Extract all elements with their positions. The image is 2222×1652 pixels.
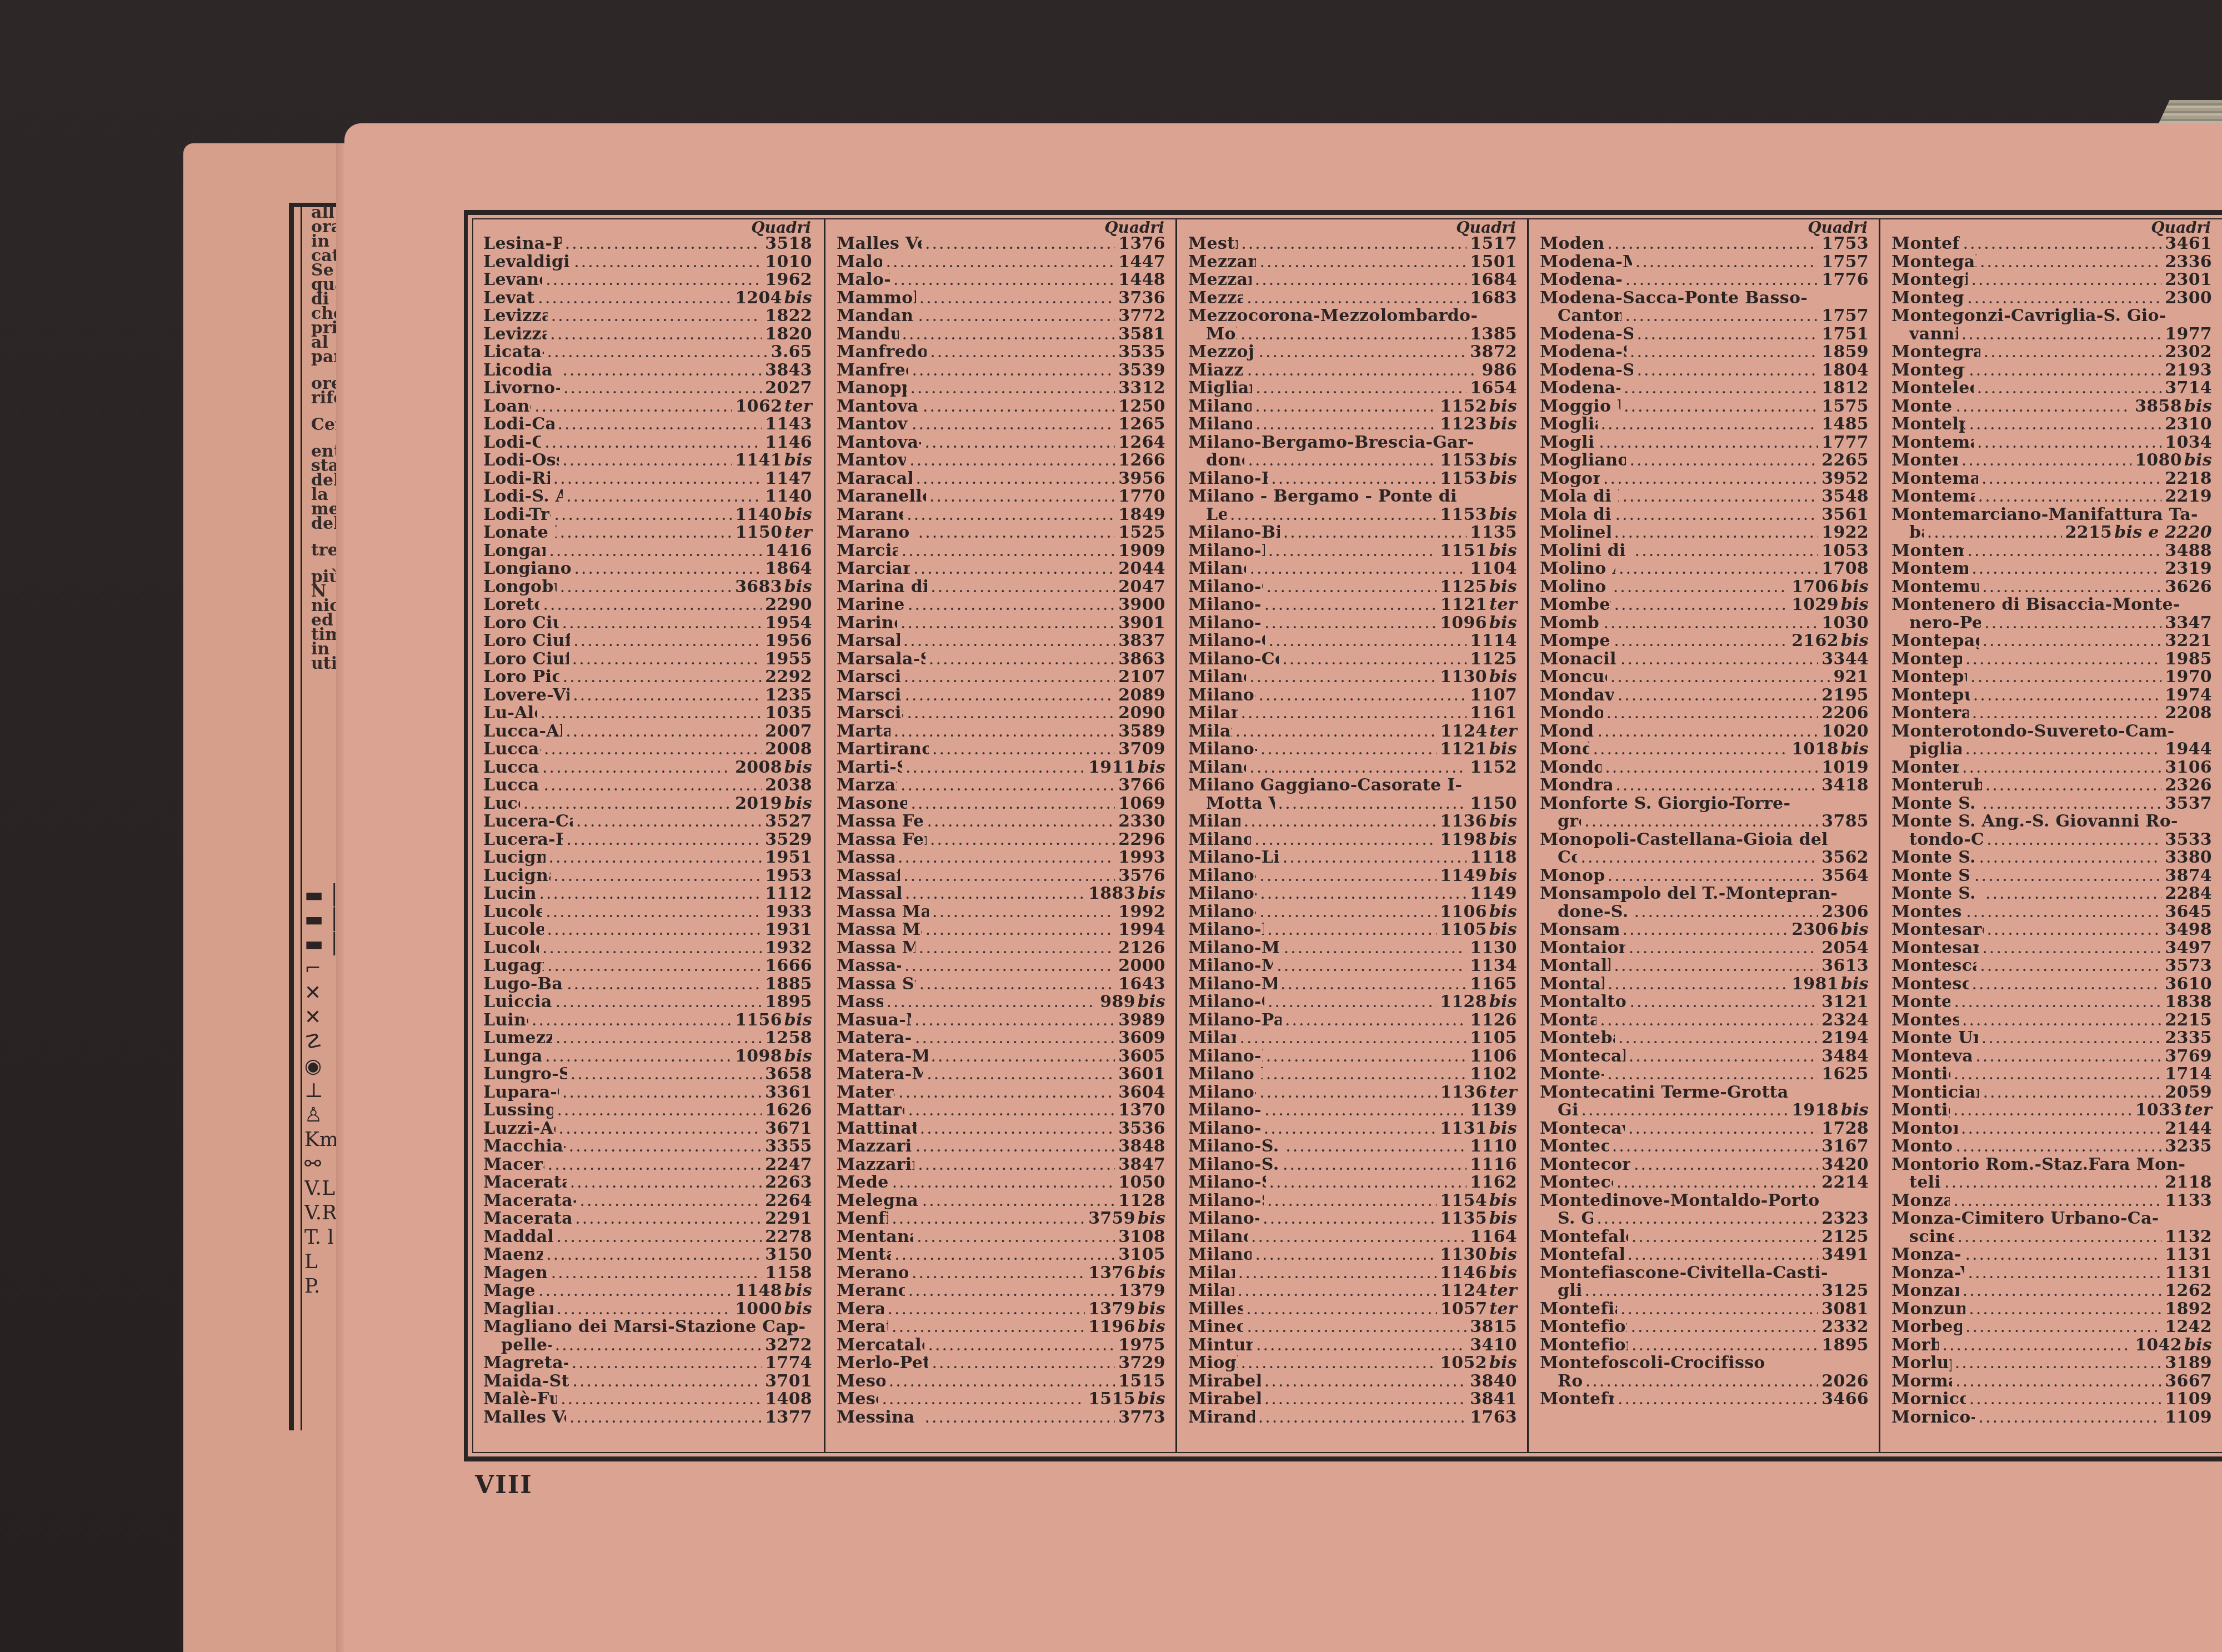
leader-dots [893, 271, 1115, 289]
index-column-4: Quadri Modena-Correggio1753Modena-Molini… [1527, 219, 1879, 1452]
station-route-name: Matera-Tricarico [837, 1084, 895, 1102]
quadro-number: 1106bis [1440, 903, 1517, 922]
quadro-number: 1035 [765, 704, 812, 723]
quadro-number: 1136ter [1440, 1084, 1517, 1102]
station-route-name: grotta [1558, 813, 1581, 831]
station-route-name: Monforte S. Giorgio-Torre- [1540, 795, 1790, 813]
leader-dots [904, 957, 1115, 975]
station-route-name: Modena-S. Cesario-Spilamberto [1540, 326, 1633, 344]
leader-dots [1632, 1336, 1818, 1355]
index-entry: Moncucco-Gassino921 [1529, 668, 1879, 687]
leader-dots [553, 470, 762, 488]
quadro-number: 3355 [765, 1138, 812, 1156]
station-route-name: Montesarchio-S. Martino V. C. [1891, 939, 1979, 958]
quadro-number: 3736 [1118, 289, 1165, 308]
quadro-number: 3901 [1118, 614, 1165, 633]
leader-dots [1965, 650, 2161, 669]
leader-dots [1982, 939, 2161, 958]
station-route-name: Marano Lagunare-Udine [837, 524, 915, 542]
quadro-number: 1096bis [1440, 614, 1517, 633]
station-route-name: Magliano Alfieri-Priocca [483, 1300, 553, 1319]
index-entry: Montesicuro-Ancona2215 [1880, 1012, 2222, 1030]
quadro-number: 1146 [765, 434, 812, 452]
index-entry: Monzambano-Verona1262 [1880, 1282, 2222, 1300]
leader-dots [560, 524, 732, 542]
quadro-number: 3956 [1118, 470, 1165, 488]
quadro-number: 2290 [765, 596, 812, 614]
index-entry: Montemagno-Castell'Alfero1034 [1880, 434, 2222, 452]
station-route-name: Lodi-S. Angelo Lodigiano [483, 488, 563, 506]
quadro-suffix: bis [784, 758, 812, 777]
station-route-name: Monterotondo-Roma [1891, 759, 1959, 777]
station-route-name: Lucca-Pisa [483, 795, 520, 813]
leader-dots [1983, 1084, 2161, 1102]
index-entry: Maida-Staz. Maida S. Pietro3701 [472, 1373, 822, 1391]
index-entry: Lucolena-Figline1933 [472, 903, 822, 922]
leader-dots [1958, 1228, 2162, 1246]
index-entry: Lodi-S. Angelo Lodigiano1140 [472, 488, 822, 506]
leader-dots [918, 524, 1115, 542]
index-entry: Loro Ciuff.-S.Giovanni Vald.1955 [472, 650, 822, 669]
index-entry: Manduria-Taranto3581 [825, 326, 1175, 344]
leader-dots [892, 1174, 1115, 1192]
index-entry: Mola di Bari-Stazione3561 [1529, 506, 1879, 524]
leader-dots [1984, 343, 2162, 362]
index-entry: Milano-Clivio1161 [1177, 704, 1527, 723]
leader-dots [930, 343, 1115, 362]
index-entry: Menfi-Agrigento3759bis [825, 1210, 1175, 1228]
index-entry: Massafra-Stazione3576 [825, 867, 1175, 885]
quadro-suffix: bis [784, 1010, 812, 1030]
quadro-number: 1131bis [1440, 1120, 1517, 1138]
index-entry: Lucignano-Arezzo1951 [472, 849, 822, 867]
quadro-number: 3150 [765, 1246, 812, 1264]
leader-dots [1635, 542, 1819, 560]
quadro-number: 1918bis [1791, 1102, 1869, 1120]
index-entry: Monte Urano-Porto S. Elpidio2335 [1880, 1029, 2222, 1048]
index-entry: Moglia-Modena1777 [1529, 434, 1879, 452]
station-route-name: Manfredonia-Monte S. Angelo [837, 343, 927, 362]
leader-dots [555, 1336, 762, 1355]
leader-dots [1246, 1300, 1437, 1319]
index-entry: Montone-Umbertide2144 [1880, 1120, 2222, 1138]
index-entry: Cantone di Bastiglia1757 [1529, 307, 1879, 326]
station-route-name: Milano-Binasco-Motta V.-Pavia [1188, 524, 1280, 542]
leader-dots [908, 596, 1115, 614]
quadro-number: 1379bis [1088, 1300, 1165, 1319]
quadro-number: 3837 [1118, 632, 1165, 650]
quadro-number: 2218 [2165, 470, 2212, 488]
station-route-name: Levata-Cremona [483, 289, 534, 308]
leader-dots [532, 1012, 732, 1030]
station-route-name: Montegallo-Isola Gran Sasso [1891, 253, 1976, 272]
quadro-number: 1104 [1470, 560, 1517, 578]
leader-dots [1980, 957, 2161, 975]
leader-dots [569, 1409, 762, 1427]
quadro-number: 1102 [1470, 1065, 1517, 1084]
station-route-name: Lucera-Roseto Valfortore [483, 831, 563, 849]
index-entry: Milano-Como1124ter [1177, 723, 1527, 741]
station-route-name: Lovere-Vilminore-Schilpario [483, 687, 569, 705]
quadro-number: 1974 [2165, 687, 2212, 705]
quadro-number: 3081 [1821, 1300, 1869, 1319]
leader-dots [1597, 1210, 1818, 1228]
station-route-name: Luino-Graglio [483, 1012, 528, 1030]
leader-dots [1969, 1390, 2162, 1409]
index-entry: Monte S. Giuliano-Trapani3874 [1880, 867, 2222, 885]
quadro-number: 1010 [765, 253, 812, 272]
station-route-name: Morbello-Acqui [1891, 1336, 1939, 1355]
leader-dots [1927, 524, 2062, 542]
station-route-name: nero-Petacciato Stazione [1909, 614, 1981, 633]
leader-dots [1942, 1336, 2131, 1355]
underlying-page-border [289, 203, 302, 1430]
quadro-suffix: bis e 2220 [2114, 523, 2212, 542]
leader-dots [560, 578, 732, 597]
station-route-name: Milano-Galgiana [1188, 813, 1240, 831]
station-route-name: Merano-Sinigo [837, 1300, 884, 1319]
leader-dots [523, 795, 732, 813]
station-route-name: Mirabella-P. Armerina [1188, 1390, 1261, 1409]
station-route-name: Montemarciano-Casebruciate [1891, 470, 1978, 488]
station-route-name: Lugo-Bagnara-Case Volta [483, 975, 563, 994]
index-entry: Milano-Saronno-Tradate1162 [1177, 1174, 1527, 1192]
station-route-name: Montesarchio-Benevento 3495 e [1891, 921, 1984, 939]
index-entry: Marzamemi-Noto3766 [825, 777, 1175, 795]
station-route-name: Mentana-Roma [837, 1246, 891, 1264]
quadro-number: 3561 [1821, 506, 1869, 524]
station-route-name: Molino Anzola-Bedonia [1540, 560, 1615, 578]
station-route-name: Levizzano-Modena [483, 326, 547, 344]
quadro-suffix: ter [1489, 1083, 1517, 1102]
index-entry: Monte-Capodistria1625 [1529, 1065, 1879, 1084]
index-entry: Montecosaro-Stazione2214 [1529, 1174, 1879, 1192]
station-route-name: Milano-Pavia-Arena Po [1188, 1048, 1263, 1066]
quadro-number: 1148bis [735, 1282, 812, 1300]
leader-dots [1963, 1282, 2162, 1300]
index-entry: Messina (Servizi Urbani di)3773 [825, 1409, 1175, 1427]
station-route-name: Monterubbiano-Porto S.Giorgio [1891, 777, 1982, 795]
quadro-suffix: bis [1489, 397, 1517, 416]
leader-dots [898, 849, 1115, 867]
station-route-name: Montecosaro-Stazione [1540, 1174, 1613, 1192]
station-route-name: Massa-Massa Staz. [837, 957, 901, 975]
quadro-number: 3581 [1118, 326, 1165, 344]
station-route-name: Loreto-Stazione [483, 596, 539, 614]
station-route-name: Mompeo-Poggio Mirteto. [1540, 632, 1610, 650]
index-entry: Merano-Sinigo1379bis [825, 1300, 1175, 1319]
index-entry: Mantova-Viadana-Brescello1264 [825, 434, 1175, 452]
quadro-number: 1050 [1118, 1174, 1165, 1192]
quadro-number: 1053 [1821, 542, 1869, 560]
index-entry: bacchi2215bis e 2220 [1880, 524, 2222, 542]
station-route-name: Massa Superiore-Ferrara [837, 975, 916, 994]
leader-dots [1268, 993, 1437, 1012]
leader-dots [913, 560, 1115, 578]
leader-dots [1285, 1012, 1467, 1030]
station-index-table: Quadri Lesina-Poggio Imperiale3518Levald… [464, 210, 2222, 1461]
index-entry: Mantova-Ceresara-Brescia1250 [825, 398, 1175, 416]
leader-dots [1613, 578, 1788, 597]
quadro-number: 1985 [2165, 650, 2212, 669]
leader-dots [550, 326, 762, 344]
station-route-name: Lodi-Treviglio-Bergamo [483, 506, 551, 524]
quadro-number: 1820 [765, 326, 812, 344]
leader-dots [1599, 434, 1818, 452]
station-route-name: Moncucco-Gassino [1540, 668, 1607, 687]
quadro-number: 3347 [2165, 614, 2212, 633]
quadro-number: 1000bis [735, 1300, 812, 1319]
quadro-number: 1143 [765, 415, 812, 434]
station-route-name: Lungro-Spezzano Albanese [483, 1065, 567, 1084]
station-route-name: Levizzano-Bologna [483, 307, 548, 326]
leader-dots [1977, 379, 2162, 398]
station-route-name: Milano-Monza-Torre de' Busi. [1188, 975, 1277, 994]
quadro-suffix: bis [784, 1047, 812, 1066]
index-entry: Levizzano-Bologna1822 [472, 307, 822, 326]
station-route-name: Milano-Busto Gar.-Arconate [1188, 542, 1265, 560]
leader-dots [1615, 777, 1818, 795]
quadro-number: 1153bis [1440, 470, 1517, 488]
leader-dots [1634, 903, 1819, 922]
station-route-name: Montalto di Castro-Stazione [1540, 993, 1626, 1012]
index-entry: Milano-Corbetta1152 [1177, 759, 1527, 777]
station-route-name: Milano-Linate (Ponte Lambro) [1188, 849, 1279, 867]
index-entry: Montorio Rom.-Staz.Fara Mon- [1880, 1156, 2222, 1174]
quadro-number: 1728 [1821, 1120, 1869, 1138]
station-route-name: Montese-Bologna [1891, 993, 1950, 1012]
index-entry: Monopoli-Castellana-Gioia del [1529, 831, 1879, 849]
index-entry: Manfredonia-Monte S. Angelo3535 [825, 343, 1175, 362]
quadro-number: 1126 [1470, 1012, 1517, 1030]
quadro-number: 1124ter [1440, 723, 1517, 741]
leader-dots [1580, 849, 1818, 867]
index-entry: Montefiascone-Stazione3081 [1529, 1300, 1879, 1319]
leader-dots [575, 1210, 762, 1228]
station-route-name: piglia Marittima [1909, 740, 1961, 759]
index-entry: Marcialla-Firenze1909 [825, 542, 1175, 560]
leader-dots [1259, 903, 1437, 922]
leader-dots [1629, 452, 1818, 470]
quadro-number: 1753 [1821, 235, 1869, 253]
station-route-name: S. Giorgio [1558, 1210, 1593, 1228]
leader-dots [1241, 235, 1467, 253]
quadro-suffix: bis [1489, 414, 1517, 434]
station-route-name: Luzzi-Acri-Brisignano [483, 1120, 555, 1138]
leader-dots [1255, 1246, 1437, 1264]
station-route-name: Lucca-Camaiore [483, 740, 541, 759]
quadro-number: 1069 [1118, 795, 1165, 813]
index-entry: Macerata-Ancona2247 [472, 1156, 822, 1174]
index-entry: Levane-Rapolaro1962 [472, 271, 822, 289]
station-route-name: Malè-Fucine-Vermiglio [483, 1390, 557, 1409]
leader-dots [1584, 813, 1818, 831]
station-route-name: Modena-S. Giovanni in Pers. [1540, 343, 1627, 362]
station-route-name: Luicciana-Mercatale [483, 993, 552, 1012]
quadro-suffix: bis [1138, 1299, 1165, 1319]
station-route-name: Longobucco-Camigliatello [483, 578, 557, 597]
index-entry: Malles Venosta-Monastero1377 [472, 1409, 822, 1427]
leader-dots [924, 1409, 1115, 1427]
leader-dots [1607, 1065, 1818, 1084]
station-route-name: Mezzojuso-Stazione [1188, 343, 1255, 362]
quadro-number: 2326 [2165, 777, 2212, 795]
quadro-number: 2090 [1118, 704, 1165, 723]
quadro-number: 3562 [1821, 849, 1869, 867]
index-entry: Milano Gaggiano-Casorate I- [1177, 777, 1527, 795]
index-entry: Modena-S. Cesario-Spilamberto1751 [1529, 326, 1879, 344]
index-entry: Montegranaro-Portocivitanova2302 [1880, 343, 2222, 362]
station-route-name: Monza-Cimitero Urbano-Ca- [1891, 1210, 2159, 1228]
quadro-number: 1128 [1118, 1192, 1165, 1210]
index-entry: Monopoli-Stazione3564 [1529, 867, 1879, 885]
index-entry: Massa Marittima-Ghirlanda1994 [825, 921, 1175, 939]
station-route-name: Montegonzi-Cavriglia-S. Gio- [1891, 307, 2166, 326]
quadro-suffix: bis [1138, 1209, 1165, 1228]
station-route-name: Massa Martana-Stazione [837, 939, 915, 958]
index-entry: Maenza-Priverno3150 [472, 1246, 822, 1264]
quadro-number: 1955 [765, 650, 812, 669]
quadro-number: 1130 [1470, 939, 1517, 958]
quadro-number: 2291 [765, 1210, 812, 1228]
leader-dots [1256, 1336, 1467, 1355]
quadro-number: 1895 [1821, 1336, 1869, 1355]
station-route-name: Montorio Rom.-Staz.Fara Mon- [1891, 1156, 2185, 1174]
leader-dots [1623, 921, 1789, 939]
station-route-name: Milano-Caleppio [1188, 560, 1246, 578]
quadro-number: 2195 [1821, 687, 1869, 705]
index-entry: Milano-Monza-Barzanò-Bevera1130 [1177, 939, 1527, 958]
index-entry: Monza-Varedo-Saronno1131 [1880, 1264, 2222, 1283]
station-route-name: Marsciano-Perugia [837, 687, 902, 705]
station-route-name: Loro Ciuffenna-Montevarchi [483, 632, 570, 650]
index-entry: Montecavolo-Reggio Emilia1728 [1529, 1120, 1879, 1138]
quadro-number: 1951 [765, 849, 812, 867]
index-entry: Mornico-Losanna-Broni1109 [1880, 1390, 2222, 1409]
station-route-name: Loro Ciuffenna-Firenze [483, 614, 559, 633]
quadro-number: 3874 [2165, 867, 2212, 885]
station-route-name: Milano-Lecco-Barzio. [1188, 831, 1251, 849]
index-entry: Lucca-Altopascio-Empoli2007 [472, 723, 822, 741]
station-route-name: Masone-Campoligure [837, 795, 907, 813]
leader-dots [1980, 253, 2161, 272]
index-entry: Montedinove-Montaldo-Porto [1529, 1192, 1879, 1210]
quadro-suffix: bis [1489, 667, 1517, 687]
index-entry: Monterado-Passo di Ripe2208 [1880, 704, 2222, 723]
index-entry: Milano-Linate (Ponte Lambro)1118 [1177, 849, 1527, 867]
leader-dots [1630, 343, 1818, 362]
index-entry: Milano-Arona-Baveno1123bis [1177, 415, 1527, 434]
index-entry: Mantova-Quingentole1265 [825, 415, 1175, 434]
leader-dots [915, 1029, 1115, 1048]
quadro-number: 3843 [765, 362, 812, 380]
quadro-number: 1057ter [1440, 1300, 1517, 1319]
leader-dots [572, 1373, 762, 1391]
index-entry: Monsampolo del Tronto-Staz.2306bis [1529, 921, 1879, 939]
leader-dots [1615, 506, 1818, 524]
station-route-name: Modena-Vignola-Montese [1540, 379, 1620, 398]
quadro-number: 1112 [765, 885, 812, 903]
quadro-number: 1020 [1821, 723, 1869, 741]
index-entry: Giusti1918bis [1529, 1102, 1879, 1120]
station-route-name: Martano-Lecce [837, 723, 890, 741]
station-route-name: Lucera-Casalnuovo Monterot. [483, 813, 573, 831]
station-route-name: Milano-Como [1188, 723, 1232, 741]
station-route-name: Messina (Servizi Urbani di) [837, 1409, 921, 1427]
quadro-number: 2206 [1821, 704, 1869, 723]
quadro-number: 1654 [1470, 379, 1517, 398]
leader-dots [1278, 795, 1467, 813]
index-entry: Montefiascone-Civitella-Casti- [1529, 1264, 1879, 1283]
quadro-number: 1895 [765, 993, 812, 1012]
index-entry: Modena-Molini Nuovi-Albareto1757 [1529, 253, 1879, 272]
index-entry: Mesola-Adria1515 [825, 1373, 1175, 1391]
quadro-number: 2292 [765, 668, 812, 687]
index-entry: Matera-Tricarico3604 [825, 1084, 1175, 1102]
quadro-number: 2044 [1118, 560, 1165, 578]
station-route-name: Montegiorgio-La Macina [1891, 271, 1968, 289]
station-route-name: Milano-Montecalvo-Pometo [1188, 921, 1264, 939]
station-route-name: Lucca-Altopascio-Empoli [483, 723, 562, 741]
station-route-name: Monte-Capodistria [1540, 1065, 1604, 1084]
station-route-name: Matera-Miglionico-Stigliano [837, 1065, 923, 1084]
index-entry: Longiano-Savignano di Rom.1864 [472, 560, 822, 578]
index-entry: Morbegno Gerola Alta1242 [1880, 1318, 2222, 1336]
quadro-number: 1121bis [1440, 740, 1517, 759]
index-entry: Lucolena-Firenze1931 [472, 921, 822, 939]
leader-dots [1235, 723, 1437, 741]
quadro-suffix: bis [1489, 1119, 1517, 1138]
index-column-2: Quadri Malles Venosta-Resia Passo1376Mal… [824, 219, 1175, 1452]
station-route-name: Mondolfo-Marotta [1540, 704, 1603, 723]
leader-dots [1607, 235, 1818, 253]
station-route-name: Montebaroccio-Trebbio [1540, 1029, 1615, 1048]
station-route-name: Monte S. Martino-Passo S. Ang. [1891, 885, 1982, 903]
leader-dots [928, 1336, 1115, 1355]
quadro-number: 2215bis e 2220 [2065, 524, 2212, 542]
station-route-name: Montecorvino-Fuorni-Salerno. [1540, 1156, 1630, 1174]
quadro-suffix: bis [1489, 541, 1517, 560]
index-entry: Mantova-Villimpenta1266 [825, 452, 1175, 470]
station-route-name: Lucca-Pescaglia [483, 777, 540, 795]
leader-dots [1264, 1390, 1467, 1409]
quadro-number: 3766 [1118, 777, 1165, 795]
quadro-number: 2162bis [1791, 632, 1869, 650]
station-route-name: Mondovì-Cuneo [1540, 740, 1589, 759]
quadro-number: 1052bis [1440, 1354, 1517, 1373]
station-route-name: Montefalcone V.-Savignano [1540, 1246, 1624, 1264]
index-entry: Milano-S. Nazzaro dei Burgondi1110 [1177, 1138, 1527, 1156]
station-route-name: Montecalvo Irpino-Stazione [1540, 1048, 1625, 1066]
index-entry: Moglia-Mantova1485 [1529, 415, 1879, 434]
leader-dots [885, 253, 1115, 272]
leader-dots [541, 704, 762, 723]
index-entry: Macerata-Porto Civitanova2263 [472, 1174, 822, 1192]
index-entry: Mirabella-Caltagirone3840 [1177, 1373, 1527, 1391]
quadro-suffix: bis [1489, 812, 1517, 831]
station-route-name: Milano-S. Nazzaro dei Burgondi [1188, 1138, 1282, 1156]
station-route-name: Giusti [1558, 1102, 1578, 1120]
index-entry: Montalto di Castro-Stazione3121 [1529, 993, 1879, 1012]
leader-dots [1280, 975, 1467, 994]
quadro-number: 3535 [1118, 343, 1165, 362]
station-route-name: Monte Urano-Porto S. Elpidio [1891, 1029, 1978, 1048]
index-entry: Lussingrande-Ossero1626 [472, 1102, 822, 1120]
quadro-number: 1139 [1470, 1102, 1517, 1120]
station-route-name: Montalbano-Stazione [1540, 957, 1610, 975]
index-entry: Mondavio-Fano-Pesaro2195 [1529, 687, 1879, 705]
quadro-number: 3714 [2165, 379, 2212, 398]
